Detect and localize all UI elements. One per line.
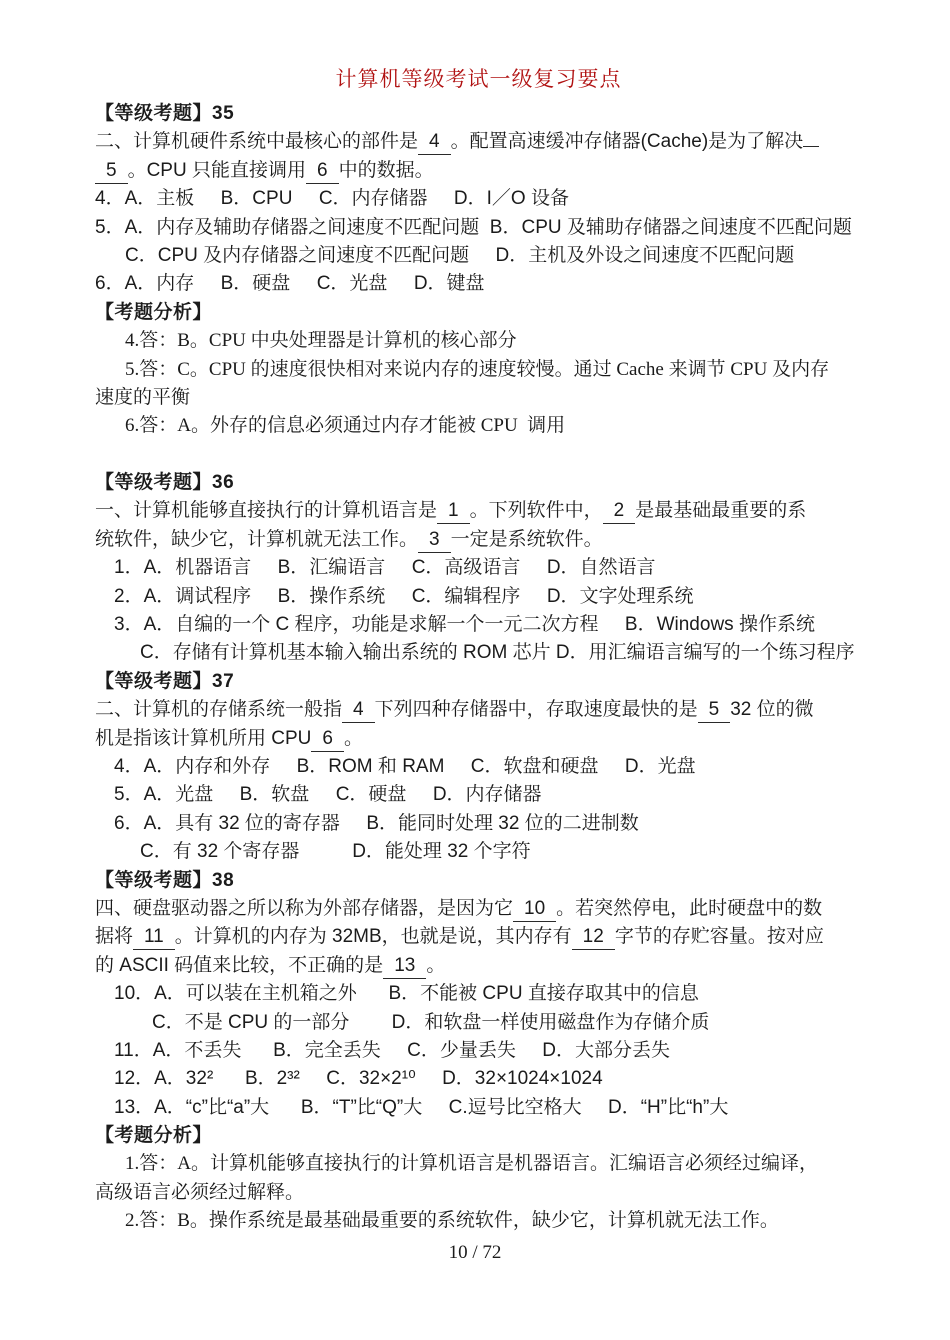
answer-line: 2.答：B。操作系统是最基础最重要的系统软件，缺少它，计算机就无法工作。 (95, 1207, 862, 1235)
page-number: 10 / 72 (0, 1242, 950, 1264)
question-text: 一、计算机能够直接执行的计算机语言是1。下列软件中，2是最基础最重要的系 (95, 497, 862, 525)
fill-in-blank: 6 (306, 159, 339, 184)
question-text: 二、计算机硬件系统中最核心的部件是4。配置高速缓冲存储器(Cache)是为了解决 (95, 128, 862, 156)
option-line: 3．A．自编的一个 C 程序，功能是求解一个一元二次方程 B．Windows 操… (95, 611, 862, 639)
option-line: 2．A．调试程序 B．操作系统 C．编辑程序 D．文字处理系统 (95, 583, 862, 611)
fill-in-blank: 13 (383, 954, 426, 979)
section-header: 【考题分析】 (95, 1122, 862, 1150)
fill-in-blank: 4 (418, 130, 451, 155)
document-body: 【等级考题】35二、计算机硬件系统中最核心的部件是4。配置高速缓冲存储器(Cac… (95, 100, 862, 1236)
option-line: 1．A．机器语言 B．汇编语言 C．高级语言 D．自然语言 (95, 554, 862, 582)
answer-line: 高级语言必须经过解释。 (95, 1179, 862, 1207)
option-line: C．有 32 个寄存器 D．能处理 32 个字符 (95, 838, 862, 866)
option-line: 13．A．“c”比“a”大 B．“T”比“Q”大 C.逗号比空格大 D．“H”比… (95, 1094, 862, 1122)
answer-line: 4.答：B。CPU 中央处理器是计算机的核心部分 (95, 327, 862, 355)
fill-in-blank (803, 146, 819, 147)
section-header: 【等级考题】37 (95, 668, 862, 696)
option-line: C．存储有计算机基本输入输出系统的 ROM 芯片 D．用汇编语言编写的一个练习程… (95, 639, 862, 667)
fill-in-blank: 6 (311, 727, 344, 752)
fill-in-blank: 1 (437, 499, 470, 524)
option-line: 6．A．具有 32 位的寄存器 B．能同时处理 32 位的二进制数 (95, 810, 862, 838)
option-line: 11．A．不丢失 B．完全丢失 C．少量丢失 D．大部分丢失 (95, 1037, 862, 1065)
option-line: C．CPU 及内存储器之间速度不匹配问题 D．主机及外设之间速度不匹配问题 (95, 242, 862, 270)
question-text: 统软件，缺少它，计算机就无法工作。3一定是系统软件。 (95, 526, 862, 554)
blank-line (95, 441, 862, 469)
question-text: 6．A．内存 B．硬盘 C．光盘 D．键盘 (95, 270, 862, 298)
option-line: C．不是 CPU 的一部分 D．和软盘一样使用磁盘作为存储介质 (95, 1009, 862, 1037)
section-header: 【等级考题】35 (95, 100, 862, 128)
option-line: 5．A．光盘 B．软盘 C．硬盘 D．内存储器 (95, 781, 862, 809)
section-header: 【等级考题】38 (95, 867, 862, 895)
option-line: 10．A．可以装在主机箱之外 B．不能被 CPU 直接存取其中的信息 (95, 980, 862, 1008)
document-title: 计算机等级考试一级复习要点 (95, 64, 862, 94)
fill-in-blank: 12 (572, 925, 615, 950)
question-text: 机是指该计算机所用 CPU6。 (95, 725, 862, 753)
answer-line: 6.答：A。外存的信息必须通过内存才能被 CPU 调用 (95, 412, 862, 440)
section-header: 【考题分析】 (95, 299, 862, 327)
option-line: 12．A．32² B．2³² C．32×2¹⁰ D．32×1024×1024 (95, 1065, 862, 1093)
question-text: 二、计算机的存储系统一般指4下列四种存储器中，存取速度最快的是532 位的微 (95, 696, 862, 724)
fill-in-blank: 2 (603, 499, 636, 524)
fill-in-blank: 5 (698, 698, 731, 723)
section-header: 【等级考题】36 (95, 469, 862, 497)
question-text: 5。CPU 只能直接调用6中的数据。 (95, 157, 862, 185)
question-text: 四、硬盘驱动器之所以称为外部存储器，是因为它10。若突然停电，此时硬盘中的数 (95, 895, 862, 923)
answer-line: 5.答：C。CPU 的速度很快相对来说内存的速度较慢。通过 Cache 来调节 … (95, 356, 862, 384)
question-text: 5．A．内存及辅助存储器之间速度不匹配问题 B．CPU 及辅助存储器之间速度不匹… (95, 214, 862, 242)
document-page: 计算机等级考试一级复习要点 【等级考题】35二、计算机硬件系统中最核心的部件是4… (0, 0, 950, 1340)
answer-line: 1.答：A。计算机能够直接执行的计算机语言是机器语言。汇编语言必须经过编译， (95, 1150, 862, 1178)
question-text: 据将11。计算机的内存为 32MB，也就是说，其内存有12字节的存贮容量。按对应 (95, 923, 862, 951)
fill-in-blank: 5 (95, 159, 128, 184)
fill-in-blank: 11 (133, 925, 175, 950)
fill-in-blank: 4 (342, 698, 375, 723)
question-text: 的 ASCII 码值来比较，不正确的是13。 (95, 952, 862, 980)
fill-in-blank: 3 (418, 528, 451, 553)
answer-line: 速度的平衡 (95, 384, 862, 412)
option-line: 4．A．内存和外存 B．ROM 和 RAM C．软盘和硬盘 D．光盘 (95, 753, 862, 781)
fill-in-blank: 10 (513, 897, 556, 922)
question-text: 4．A．主板 B．CPU C．内存储器 D．I／O 设备 (95, 185, 862, 213)
